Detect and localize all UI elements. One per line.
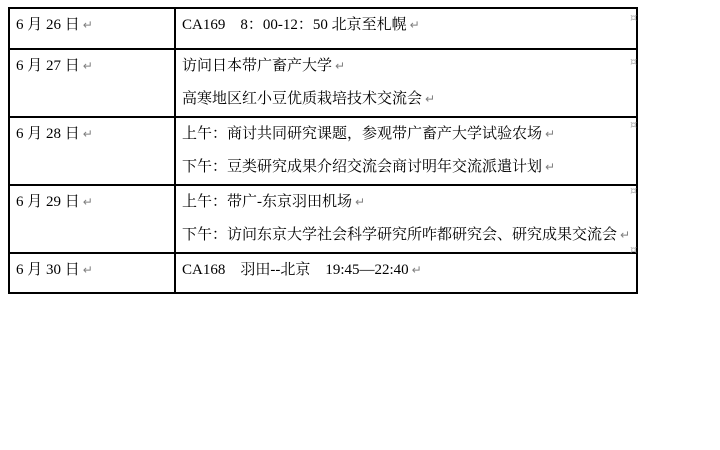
- paragraph-mark-icon: ↵: [545, 160, 555, 174]
- paragraph-mark-icon: ↵: [335, 59, 345, 73]
- activity-line: 上午：商讨共同研究课题，参观带广畜产大学试验农场↵: [182, 118, 630, 151]
- activity-line: CA168 羽田--北京 19:45—22:40↵: [182, 254, 630, 287]
- date-line: 6 月 27 日↵: [16, 50, 168, 83]
- row-end-mark-icon: ¤: [630, 12, 637, 23]
- date-text: 6 月 27 日: [16, 58, 80, 74]
- activity-cell: CA169 8：00-12：50 北京至札幌↵: [175, 8, 637, 49]
- document-page: 6 月 26 日↵ CA169 8：00-12：50 北京至札幌↵ 6 月 27…: [0, 0, 720, 450]
- table-row: 6 月 30 日↵ CA168 羽田--北京 19:45—22:40↵: [9, 253, 637, 293]
- activity-text: CA168 羽田--北京 19:45—22:40: [182, 262, 409, 278]
- date-cell: 6 月 26 日↵: [9, 8, 175, 49]
- activity-cell: 访问日本带广畜产大学↵ 高寒地区红小豆优质栽培技术交流会↵: [175, 49, 637, 117]
- paragraph-mark-icon: ↵: [425, 92, 435, 106]
- activity-text: 上午：商讨共同研究课题，参观带广畜产大学试验农场: [182, 126, 542, 142]
- date-text: 6 月 30 日: [16, 262, 80, 278]
- date-line: 6 月 26 日↵: [16, 9, 168, 42]
- activity-cell: 上午：商讨共同研究课题，参观带广畜产大学试验农场↵ 下午：豆类研究成果介绍交流会…: [175, 117, 637, 185]
- date-text: 6 月 28 日: [16, 126, 80, 142]
- row-end-mark-icon: ¤: [630, 185, 637, 196]
- row-end-mark-icon: ¤: [630, 119, 637, 130]
- table-row: 6 月 27 日↵ 访问日本带广畜产大学↵ 高寒地区红小豆优质栽培技术交流会↵: [9, 49, 637, 117]
- date-cell: 6 月 27 日↵: [9, 49, 175, 117]
- paragraph-mark-icon: ↵: [355, 195, 365, 209]
- activity-text: 访问日本带广畜产大学: [182, 58, 332, 74]
- paragraph-mark-icon: ↵: [545, 127, 555, 141]
- paragraph-mark-icon: ↵: [83, 127, 93, 141]
- activity-cell: CA168 羽田--北京 19:45—22:40↵: [175, 253, 637, 293]
- activity-line: 上午：带广-东京羽田机场↵: [182, 186, 630, 219]
- row-end-mark-icon: ¤: [630, 244, 637, 255]
- date-cell: 6 月 30 日↵: [9, 253, 175, 293]
- activity-text: 下午：豆类研究成果介绍交流会商讨明年交流派遣计划: [182, 159, 542, 175]
- activity-text: 高寒地区红小豆优质栽培技术交流会: [182, 91, 422, 107]
- paragraph-mark-icon: ↵: [83, 263, 93, 277]
- itinerary-table: 6 月 26 日↵ CA169 8：00-12：50 北京至札幌↵ 6 月 27…: [8, 7, 638, 294]
- date-line: 6 月 30 日↵: [16, 254, 168, 287]
- paragraph-mark-icon: ↵: [83, 18, 93, 32]
- table-row: 6 月 26 日↵ CA169 8：00-12：50 北京至札幌↵: [9, 8, 637, 49]
- paragraph-mark-icon: ↵: [620, 228, 630, 242]
- table-row: 6 月 29 日↵ 上午：带广-东京羽田机场↵ 下午：访问东京大学社会科学研究所…: [9, 185, 637, 253]
- activity-text: CA169 8：00-12：50 北京至札幌: [182, 17, 407, 33]
- paragraph-mark-icon: ↵: [83, 59, 93, 73]
- paragraph-mark-icon: ↵: [83, 195, 93, 209]
- activity-text: 下午：访问东京大学社会科学研究所咋都研究会、研究成果交流会: [182, 227, 617, 243]
- date-cell: 6 月 28 日↵: [9, 117, 175, 185]
- activity-text: 上午：带广-东京羽田机场: [182, 194, 352, 210]
- activity-line: 下午：访问东京大学社会科学研究所咋都研究会、研究成果交流会↵: [182, 219, 630, 252]
- table-row: 6 月 28 日↵ 上午：商讨共同研究课题，参观带广畜产大学试验农场↵ 下午：豆…: [9, 117, 637, 185]
- activity-line: CA169 8：00-12：50 北京至札幌↵: [182, 9, 630, 42]
- activity-line: 下午：豆类研究成果介绍交流会商讨明年交流派遣计划↵: [182, 151, 630, 184]
- paragraph-mark-icon: ↵: [412, 263, 422, 277]
- date-line: 6 月 28 日↵: [16, 118, 168, 151]
- date-text: 6 月 29 日: [16, 194, 80, 210]
- date-line: 6 月 29 日↵: [16, 186, 168, 219]
- row-end-mark-icon: ¤: [630, 56, 637, 67]
- date-cell: 6 月 29 日↵: [9, 185, 175, 253]
- activity-line: 访问日本带广畜产大学↵: [182, 50, 630, 83]
- activity-line: 高寒地区红小豆优质栽培技术交流会↵: [182, 83, 630, 116]
- paragraph-mark-icon: ↵: [410, 18, 420, 32]
- date-text: 6 月 26 日: [16, 17, 80, 33]
- activity-cell: 上午：带广-东京羽田机场↵ 下午：访问东京大学社会科学研究所咋都研究会、研究成果…: [175, 185, 637, 253]
